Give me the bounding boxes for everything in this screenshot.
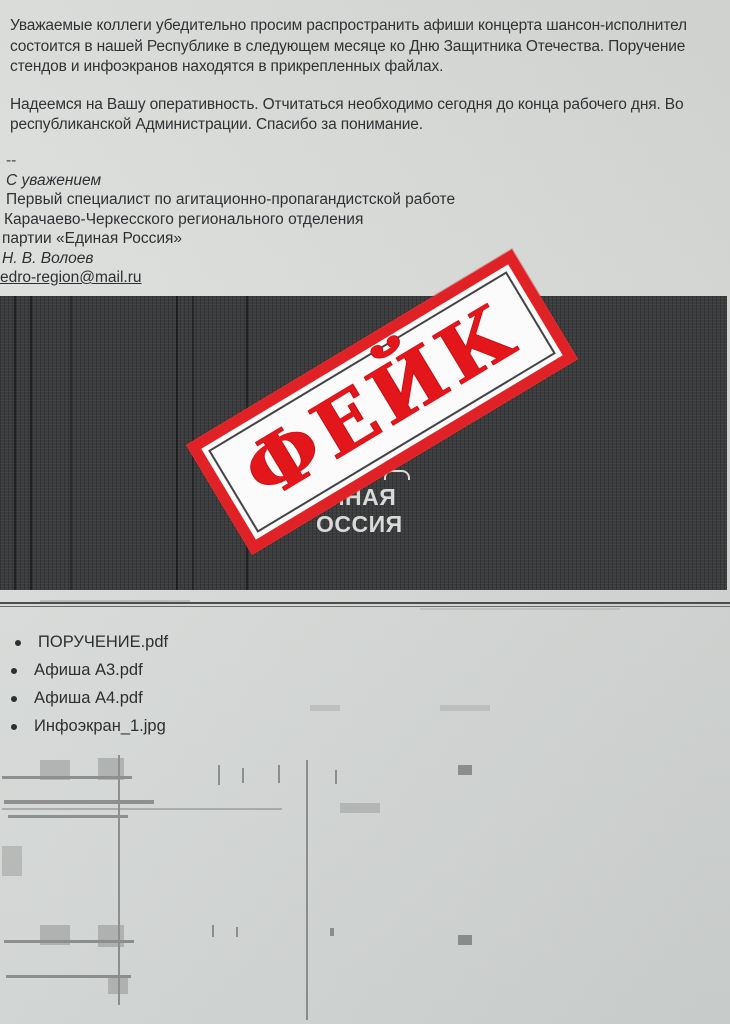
scan-streak bbox=[70, 296, 72, 590]
letter-line: Надеемся на Вашу оперативность. Отчитать… bbox=[10, 96, 683, 113]
attachment-item[interactable]: Афиша А4.pdf bbox=[8, 684, 166, 712]
attachment-list: ПОРУЧЕНИЕ.pdf Афиша А3.pdf Афиша А4.pdf … bbox=[8, 628, 166, 740]
signature-email-link[interactable]: edro-region@mail.ru bbox=[0, 268, 449, 288]
letter-line: состоится в нашей Республике в следующем… bbox=[10, 38, 685, 55]
divider-rule bbox=[0, 602, 730, 604]
attachment-filename[interactable]: Инфоэкран_1.jpg bbox=[34, 717, 166, 735]
attachment-filename[interactable]: Афиша А3.pdf bbox=[34, 661, 143, 679]
signature-block: -- С уважением Первый специалист по агит… bbox=[0, 151, 449, 288]
letter-line: Уважаемые коллеги убедительно просим рас… bbox=[10, 17, 687, 34]
divider-rule bbox=[0, 606, 730, 607]
letter-line: стендов и инфоэкранов находятся в прикре… bbox=[10, 58, 443, 75]
attachment-item[interactable]: Инфоэкран_1.jpg bbox=[8, 712, 166, 740]
letter-line: республиканской Администрации. Спасибо з… bbox=[10, 116, 423, 133]
attachment-filename[interactable]: Афиша А4.pdf bbox=[34, 689, 143, 707]
signature-name: Н. В. Волоев bbox=[2, 249, 451, 269]
scan-streak bbox=[30, 296, 32, 590]
attachment-item[interactable]: Афиша А3.pdf bbox=[8, 656, 166, 684]
signature-separator: -- bbox=[6, 151, 455, 171]
signature-party: партии «Единая Россия» bbox=[2, 229, 451, 249]
attachment-filename[interactable]: ПОРУЧЕНИЕ.pdf bbox=[38, 633, 168, 651]
logo-line-2: ОССИЯ bbox=[316, 511, 403, 538]
letter-paragraph-2: Надеемся на Вашу оперативность. Отчитать… bbox=[10, 95, 730, 136]
signature-role: Первый специалист по агитационно-пропага… bbox=[6, 190, 455, 210]
attachment-item[interactable]: ПОРУЧЕНИЕ.pdf bbox=[12, 628, 170, 656]
letter-paragraph-1: Уважаемые коллеги убедительно просим рас… bbox=[10, 16, 730, 78]
letter-body: Уважаемые коллеги убедительно просим рас… bbox=[10, 16, 730, 153]
signature-department: Карачаево-Черкесского регионального отде… bbox=[4, 210, 453, 230]
signature-greeting: С уважением bbox=[6, 171, 455, 191]
scan-streak bbox=[14, 296, 16, 590]
scan-streak bbox=[176, 296, 178, 590]
